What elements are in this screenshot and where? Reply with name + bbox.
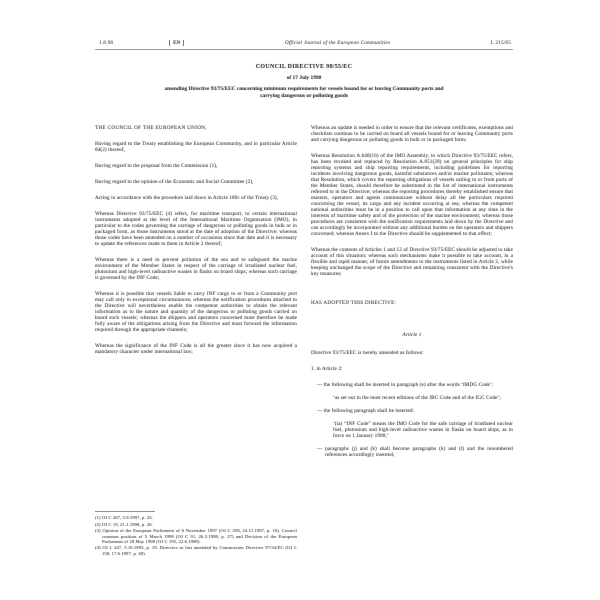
- header-journal-title: Official Journal of the European Communi…: [184, 40, 490, 46]
- recital-paragraph: Whereas there is a need to prevent pollu…: [95, 257, 297, 281]
- article-heading: Article 1: [311, 332, 513, 338]
- recital-paragraph: Having regard to the opinion of the Econ…: [95, 179, 297, 185]
- recital-paragraph: Whereas Resolution A.648(16) of the IMO …: [311, 153, 513, 237]
- amendment-item-number: 1. in Article 2:: [311, 366, 513, 372]
- enacting-formula: HAS ADOPTED THIS DIRECTIVE:: [311, 300, 513, 306]
- journal-header: 1.8.98 EN Official Journal of the Europe…: [95, 40, 513, 50]
- right-column: Whereas an update is needed in order to …: [311, 125, 513, 557]
- amendment-quote-block: ‘(ia) “INF Code” means the IMO Code for …: [311, 421, 513, 439]
- amendment-intro: Directive 93/75/EEC is hereby amended as…: [311, 350, 513, 356]
- document-page: 1.8.98 EN Official Journal of the Europe…: [0, 0, 600, 600]
- recital-paragraph: THE COUNCIL OF THE EUROPEAN UNION,: [95, 125, 297, 131]
- footnotes-section: (1) OJ C 267, 3.9.1997, p. 23. (2) OJ C …: [95, 507, 297, 557]
- left-column: THE COUNCIL OF THE EUROPEAN UNION, Havin…: [95, 125, 297, 557]
- footnote: (4) OJ L 247, 5.10.1993, p. 19. Directiv…: [95, 545, 297, 556]
- recital-paragraph: Having regard to the proposal from the C…: [95, 163, 297, 169]
- recital-paragraph: Whereas Directive 93/75/EEC (4) refers, …: [95, 211, 297, 247]
- body-columns: THE COUNCIL OF THE EUROPEAN UNION, Havin…: [95, 125, 513, 557]
- recital-paragraph: Whereas it is possible that vessels liab…: [95, 291, 297, 333]
- footnote: (2) OJ C 19, 21.1.1998, p. 26.: [95, 522, 297, 527]
- amendment-dash-item: — the following shall be inserted in par…: [311, 382, 513, 388]
- directive-subject: amending Directive 93/75/EEC concerning …: [154, 86, 454, 99]
- recital-paragraph: Whereas the significance of the INF Code…: [95, 343, 297, 355]
- header-language-code: EN: [169, 40, 184, 46]
- footnote: (3) Opinion of the European Parliament o…: [95, 528, 297, 544]
- recital-paragraph: Whereas the contents of Articles 1 and 1…: [311, 247, 513, 277]
- directive-date: of 17 July 1998: [95, 75, 513, 81]
- amendment-quote-block: ‘as set out in the most recent editions …: [311, 395, 513, 401]
- directive-title: COUNCIL DIRECTIVE 98/55/EC: [95, 64, 513, 70]
- recital-paragraph: Having regard to the Treaty establishing…: [95, 141, 297, 153]
- directive-title-block: COUNCIL DIRECTIVE 98/55/EC of 17 July 19…: [95, 64, 513, 99]
- footnote: (1) OJ C 267, 3.9.1997, p. 23.: [95, 515, 297, 520]
- page-content: 1.8.98 EN Official Journal of the Europe…: [95, 40, 513, 562]
- amendment-dash-item: — paragraphs (j) and (k) shall become pa…: [311, 446, 513, 458]
- amendment-dash-item: — the following paragraph shall be inser…: [311, 408, 513, 414]
- header-date: 1.8.98: [99, 40, 113, 46]
- recital-paragraph: Acting in accordance with the procedure …: [95, 195, 297, 201]
- footnote-rule: [95, 511, 155, 512]
- header-page-number: L 215/65: [491, 40, 511, 46]
- recital-paragraph: Whereas an update is needed in order to …: [311, 125, 513, 143]
